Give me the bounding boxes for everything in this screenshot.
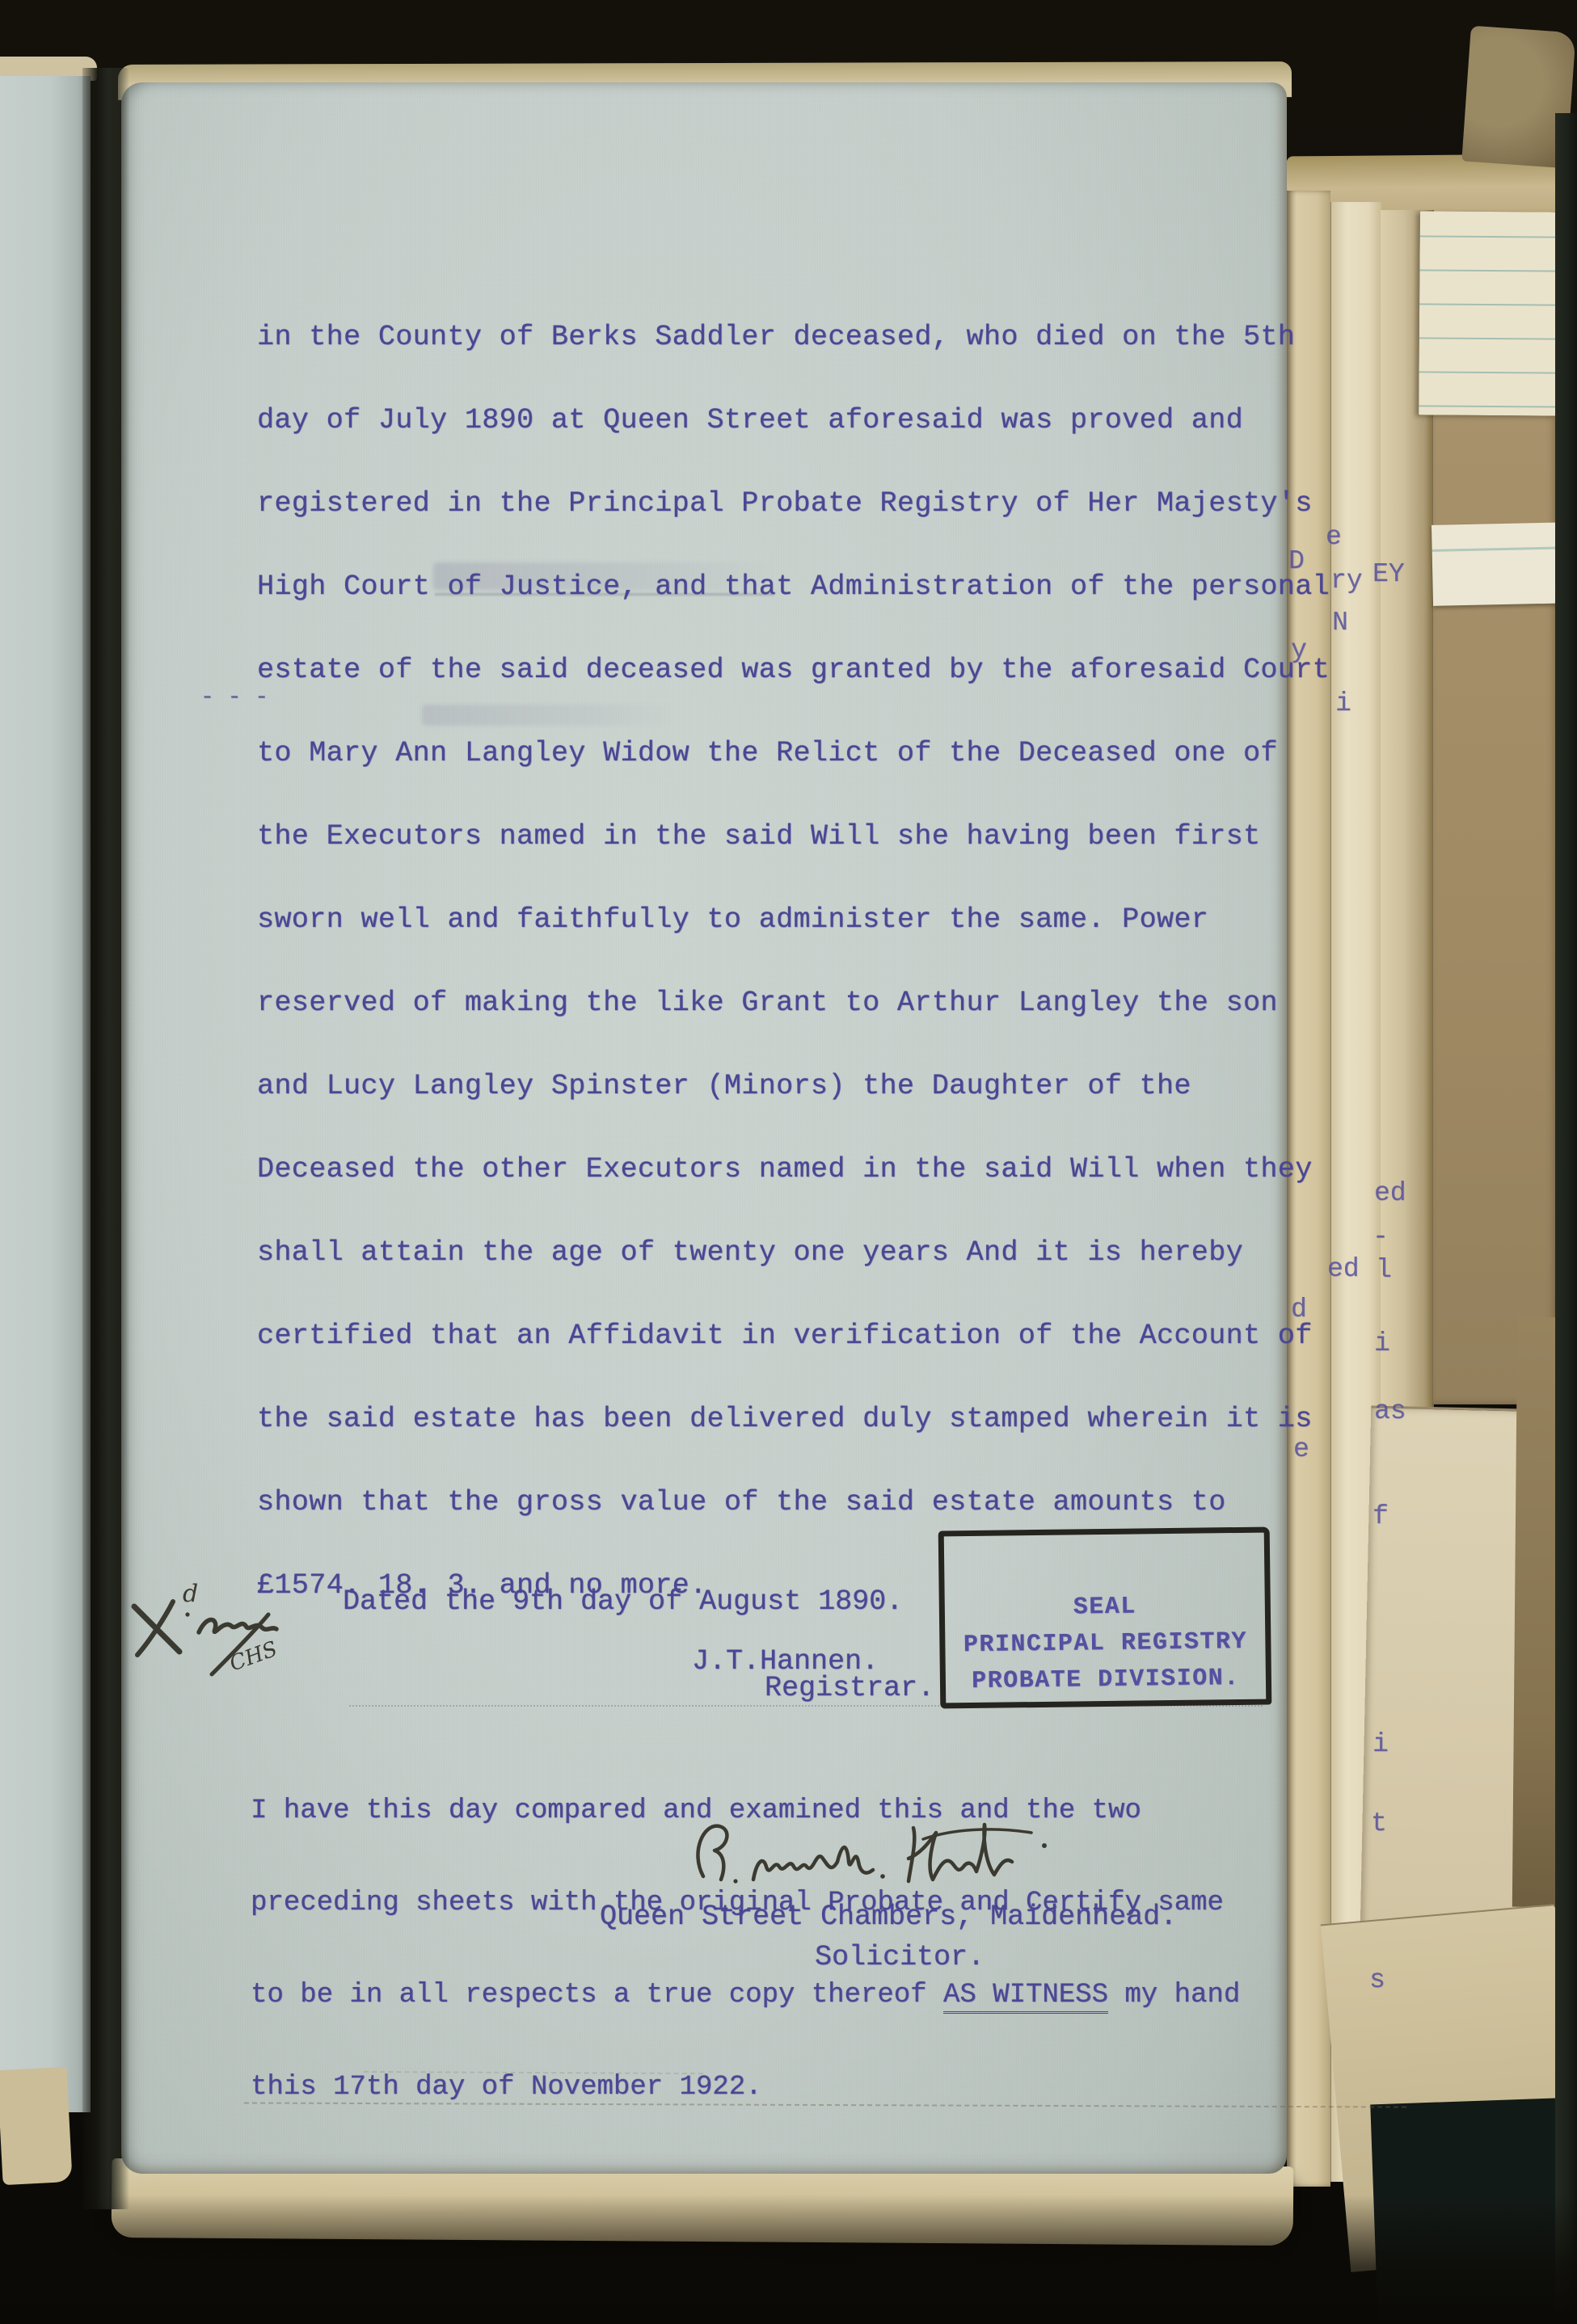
ink-dot <box>733 1879 737 1883</box>
left-page-sliver <box>0 76 91 2112</box>
seal-line-2: PRINCIPAL REGISTRY <box>945 1624 1266 1665</box>
left-page-bottom-edge <box>0 2067 73 2185</box>
book-cover-edge <box>1555 113 1577 2324</box>
seal-line-1: SEAL <box>945 1588 1266 1628</box>
typed-line: to Mary Ann Langley Widow the Relict of … <box>257 712 1330 795</box>
typed-line: certified that an Affidavit in verificat… <box>257 1295 1330 1378</box>
ink-dot <box>880 1874 885 1879</box>
as-witness-underlined: AS WITNESS <box>943 1980 1108 2014</box>
ink-dot <box>1042 1843 1047 1848</box>
certification-text: my hand <box>1108 1980 1240 2010</box>
typed-line: in the County of Berks Saddler deceased,… <box>257 296 1330 379</box>
cover-shadow-corner <box>1370 2098 1577 2324</box>
typed-line: the said estate has been delivered duly … <box>257 1378 1330 1461</box>
binding-gutter-shadow <box>82 68 129 2209</box>
margin-dashes: - - - <box>200 685 268 710</box>
paper-tab-edge <box>1432 522 1575 606</box>
signature-role: Solicitor. <box>815 1941 985 1973</box>
signature-address: Queen Street Chambers, Maidenhead. <box>600 1901 1177 1933</box>
signature-stroke <box>753 1847 873 1880</box>
ink-dot <box>185 1612 189 1616</box>
lined-paper-edge <box>1419 211 1559 415</box>
examiner-mark: d CHS <box>118 1572 296 1694</box>
signature-flourish <box>923 1829 1031 1839</box>
typed-line: estate of the said deceased was granted … <box>257 629 1330 712</box>
seal-box: SEAL PRINCIPAL REGISTRY PROBATE DIVISION… <box>938 1527 1272 1709</box>
typed-line: day of July 1890 at Queen Street aforesa… <box>257 379 1330 462</box>
signature-stroke <box>698 1826 727 1880</box>
typed-line: Deceased the other Executors named in th… <box>257 1128 1330 1211</box>
typed-line: registered in the Principal Probate Regi… <box>257 462 1330 545</box>
typed-body-text: in the County of Berks Saddler deceased,… <box>257 252 1330 1627</box>
x-stroke <box>137 1602 173 1655</box>
dated-line: Dated the 9th day of August 1890. <box>343 1585 903 1618</box>
certification-text: to be in all respects a true copy thereo… <box>251 1980 943 2010</box>
examiner-mark-superscript: d <box>183 1580 198 1608</box>
typed-line: shall attain the age of twenty one years… <box>257 1211 1330 1295</box>
typed-line: High Court of Justice, and that Administ… <box>257 545 1330 629</box>
typed-line: the Executors named in the said Will she… <box>257 795 1330 878</box>
typed-line: and Lucy Langley Spinster (Minors) the D… <box>257 1045 1330 1128</box>
certification-line: this 17th day of November 1922. <box>251 2072 1240 2103</box>
book-photo: in the County of Berks Saddler deceased,… <box>0 0 1577 2324</box>
typed-line: reserved of making the like Grant to Art… <box>257 962 1330 1045</box>
registrar-title: Registrar. <box>765 1672 934 1704</box>
seal-line-3: PROBATE DIVISION. <box>946 1661 1267 1701</box>
typed-line: sworn well and faithfully to administer … <box>257 878 1330 962</box>
certification-paragraph: I have this day compared and examined th… <box>251 1734 1240 2164</box>
solicitor-signature <box>679 1807 1099 1902</box>
examiner-mark-initials: CHS <box>226 1637 280 1677</box>
signature-stroke <box>909 1825 1012 1881</box>
certification-line: to be in all respects a true copy thereo… <box>251 1980 1240 2010</box>
